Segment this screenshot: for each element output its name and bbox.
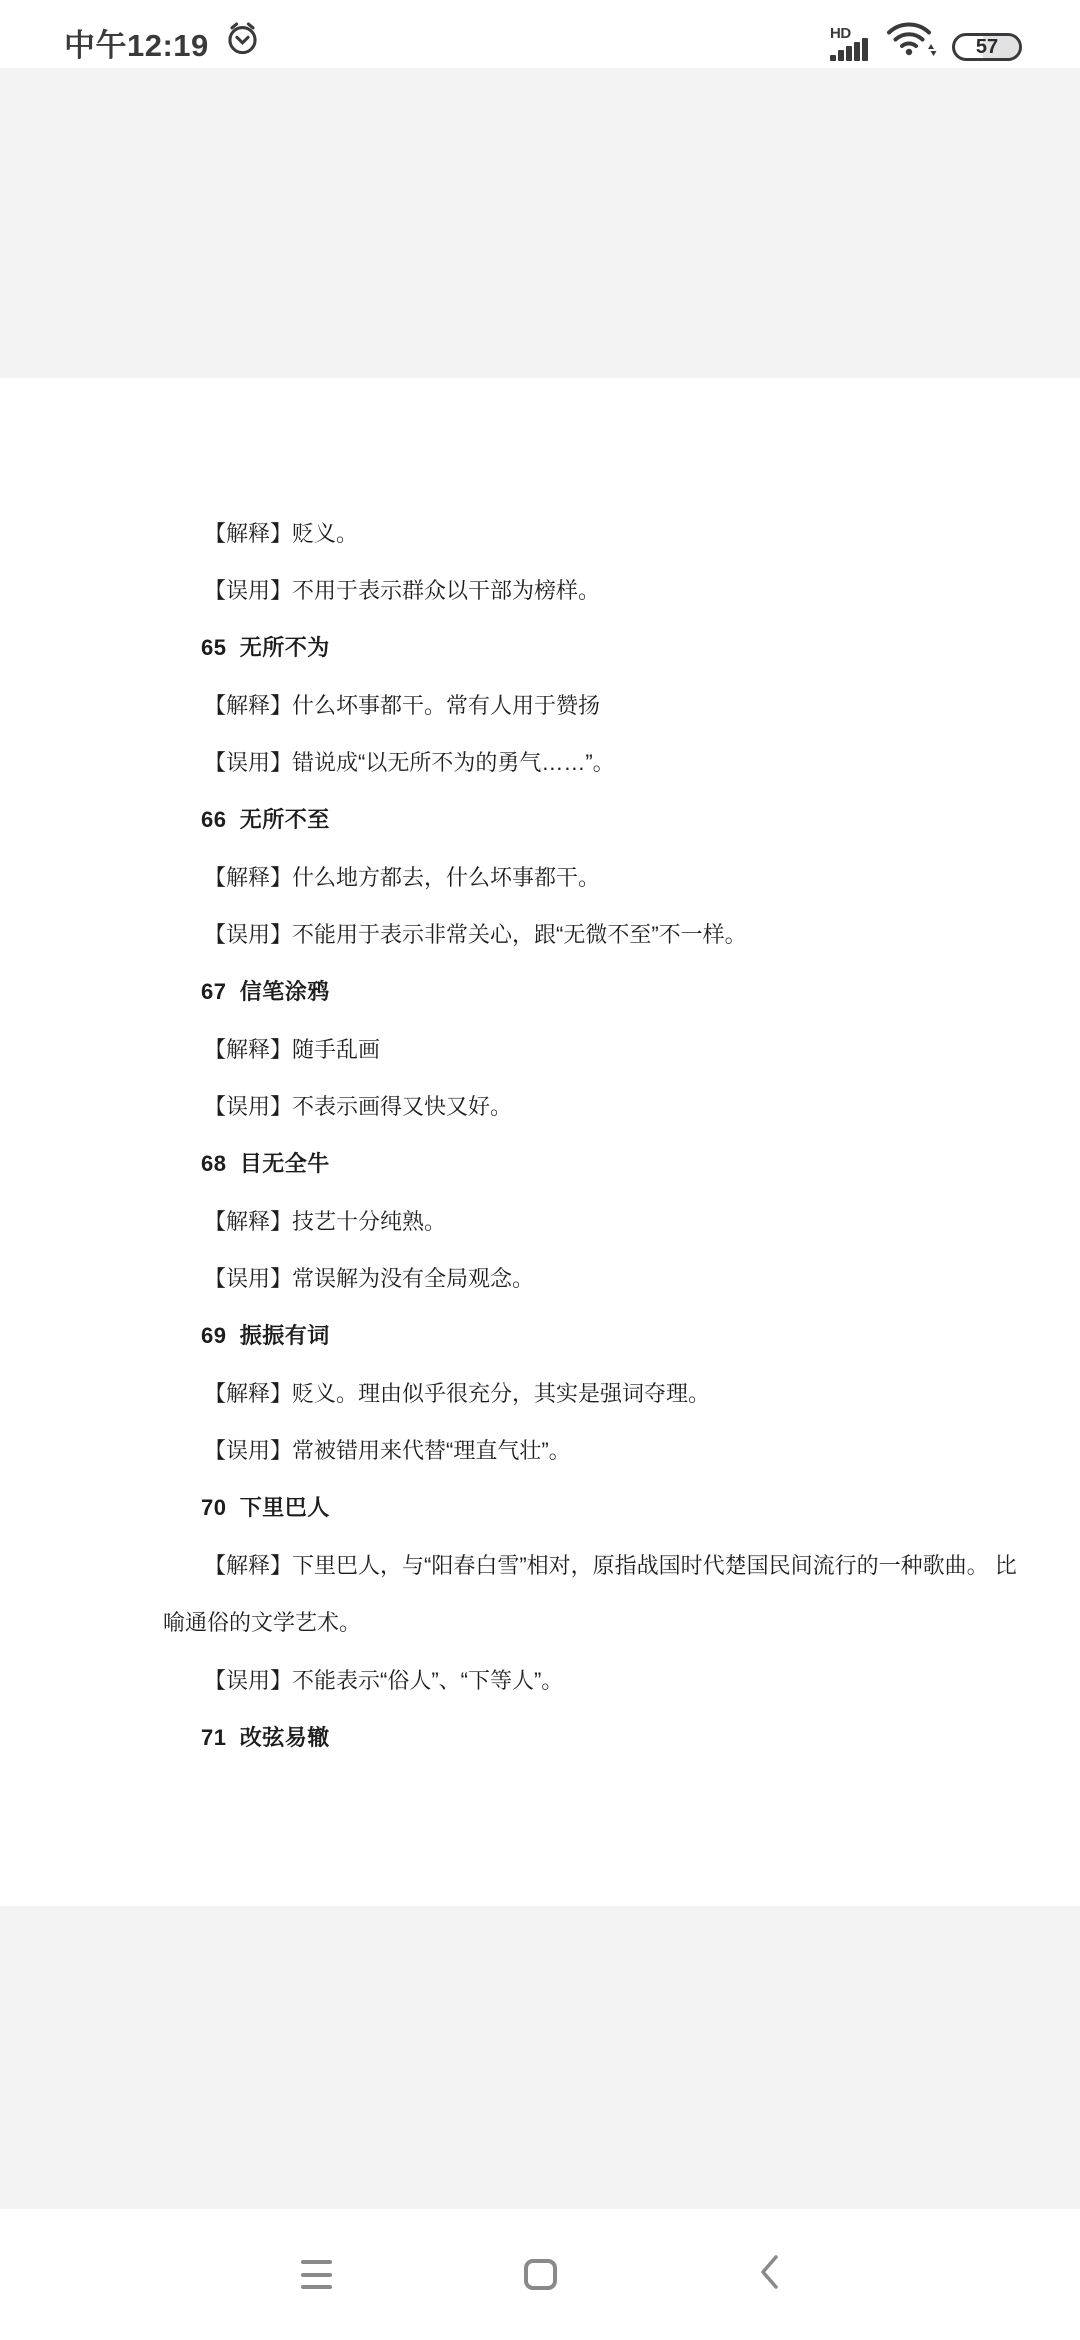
document-line: 【误用】不能表示“俗人”、“下等人”。: [0, 1652, 1080, 1709]
status-bar: 中午12:19 HD: [0, 0, 1080, 68]
idiom-heading: 67 信笔涂鸦: [0, 963, 1080, 1020]
document-line: 【解释】什么坏事都干。常有人用于赞扬: [0, 677, 1080, 734]
status-time: 中午12:19: [64, 31, 209, 61]
status-bar-left: 中午12:19: [64, 19, 261, 61]
document-line: 【误用】错说成“以无所不为的勇气……”。: [0, 734, 1080, 791]
back-button[interactable]: [737, 2243, 801, 2307]
document-page[interactable]: 【解释】贬义。【误用】不用于表示群众以干部为榜样。65 无所不为【解释】什么坏事…: [0, 378, 1080, 1906]
document-line: 【解释】什么地方都去，什么坏事都干。: [0, 849, 1080, 906]
document-line: 【误用】不表示画得又快又好。: [0, 1078, 1080, 1135]
cellular-signal-icon: HD: [830, 27, 872, 61]
document-line: 喻通俗的文学艺术。: [0, 1594, 1080, 1651]
menu-button[interactable]: [284, 2243, 348, 2307]
document-line: 【解释】技艺十分纯熟。: [0, 1193, 1080, 1250]
battery-indicator: 57: [952, 33, 1022, 61]
home-icon: [524, 2259, 557, 2290]
battery-percent: 57: [955, 36, 1019, 58]
document-line: 【解释】贬义。理由似乎很充分，其实是强词夺理。: [0, 1365, 1080, 1422]
phone-screen: 中午12:19 HD: [0, 0, 1080, 2340]
back-icon: [757, 2254, 781, 2295]
alarm-icon: [224, 19, 261, 61]
idiom-heading: 69 振振有词: [0, 1307, 1080, 1364]
document-line: 【解释】随手乱画: [0, 1021, 1080, 1078]
document-line: 【误用】常误解为没有全局观念。: [0, 1250, 1080, 1307]
wifi-icon: [886, 20, 938, 61]
document-line: 【误用】不能用于表示非常关心，跟“无微不至”不一样。: [0, 906, 1080, 963]
idiom-heading: 70 下里巴人: [0, 1479, 1080, 1536]
idiom-heading: 68 目无全牛: [0, 1135, 1080, 1192]
home-button[interactable]: [508, 2243, 572, 2307]
navigation-bar: [0, 2209, 1080, 2340]
status-bar-right: HD: [830, 20, 1022, 61]
menu-icon: [301, 2260, 332, 2289]
document-line: 【解释】贬义。: [0, 505, 1080, 562]
signal-bars: [830, 38, 868, 61]
document-line: 【解释】下里巴人，与“阳春白雪”相对，原指战国时代楚国民间流行的一种歌曲。 比: [0, 1537, 1080, 1594]
idiom-heading: 66 无所不至: [0, 791, 1080, 848]
document-line: 【误用】常被错用来代替“理直气壮”。: [0, 1422, 1080, 1479]
idiom-heading: 65 无所不为: [0, 619, 1080, 676]
document-line: 【误用】不用于表示群众以干部为榜样。: [0, 562, 1080, 619]
idiom-heading: 71 改弦易辙: [0, 1709, 1080, 1766]
